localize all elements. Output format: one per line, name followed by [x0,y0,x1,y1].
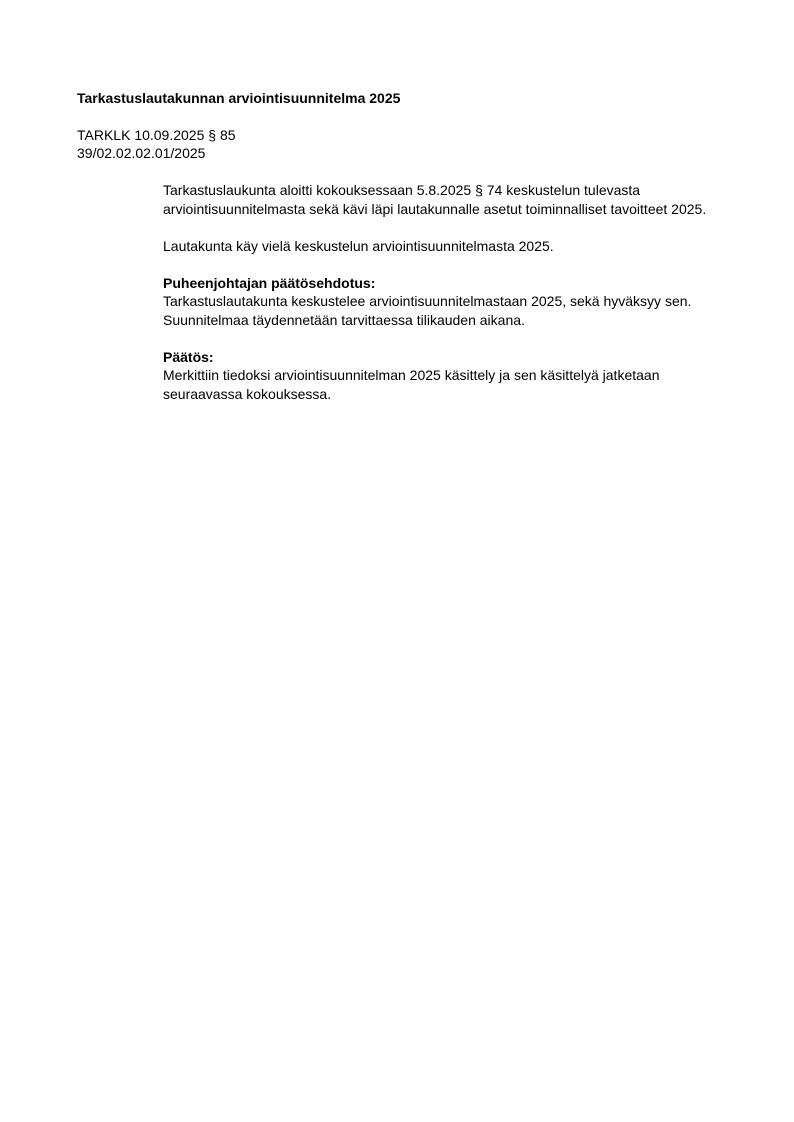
paragraph-decision: Päätös: Merkittiin tiedoksi arviointisuu… [163,348,763,404]
paragraph-background: Tarkastuslaukunta aloitti kokouksessaan … [163,181,763,218]
paragraph-discussion: Lautakunta käy vielä keskustelun arvioin… [163,237,763,256]
paragraph-line: arviointisuunnitelmasta sekä kävi läpi l… [163,200,763,219]
paragraph-line: Merkittiin tiedoksi arviointisuunnitelma… [163,366,763,385]
paragraph-line: Tarkastuslautakunta keskustelee arvioint… [163,292,763,311]
document-body: Tarkastuslaukunta aloitti kokouksessaan … [163,181,763,422]
decision-heading: Päätös: [163,348,763,367]
proposal-heading: Puheenjohtajan päätösehdotus: [163,274,763,293]
paragraph-line: seuraavassa kokouksessa. [163,385,763,404]
paragraph-line: Lautakunta käy vielä keskustelun arvioin… [163,237,763,256]
meeting-reference: TARKLK 10.09.2025 § 85 [77,126,236,144]
document-page: Tarkastuslautakunnan arviointisuunnitelm… [0,0,794,1122]
paragraph-line: Tarkastuslaukunta aloitti kokouksessaan … [163,181,763,200]
paragraph-line: Suunnitelmaa täydennetään tarvittaessa t… [163,311,763,330]
paragraph-proposal: Puheenjohtajan päätösehdotus: Tarkastusl… [163,274,763,330]
record-number: 39/02.02.02.01/2025 [77,144,236,162]
reference-block: TARKLK 10.09.2025 § 85 39/02.02.02.01/20… [77,126,236,162]
document-title: Tarkastuslautakunnan arviointisuunnitelm… [77,89,400,107]
